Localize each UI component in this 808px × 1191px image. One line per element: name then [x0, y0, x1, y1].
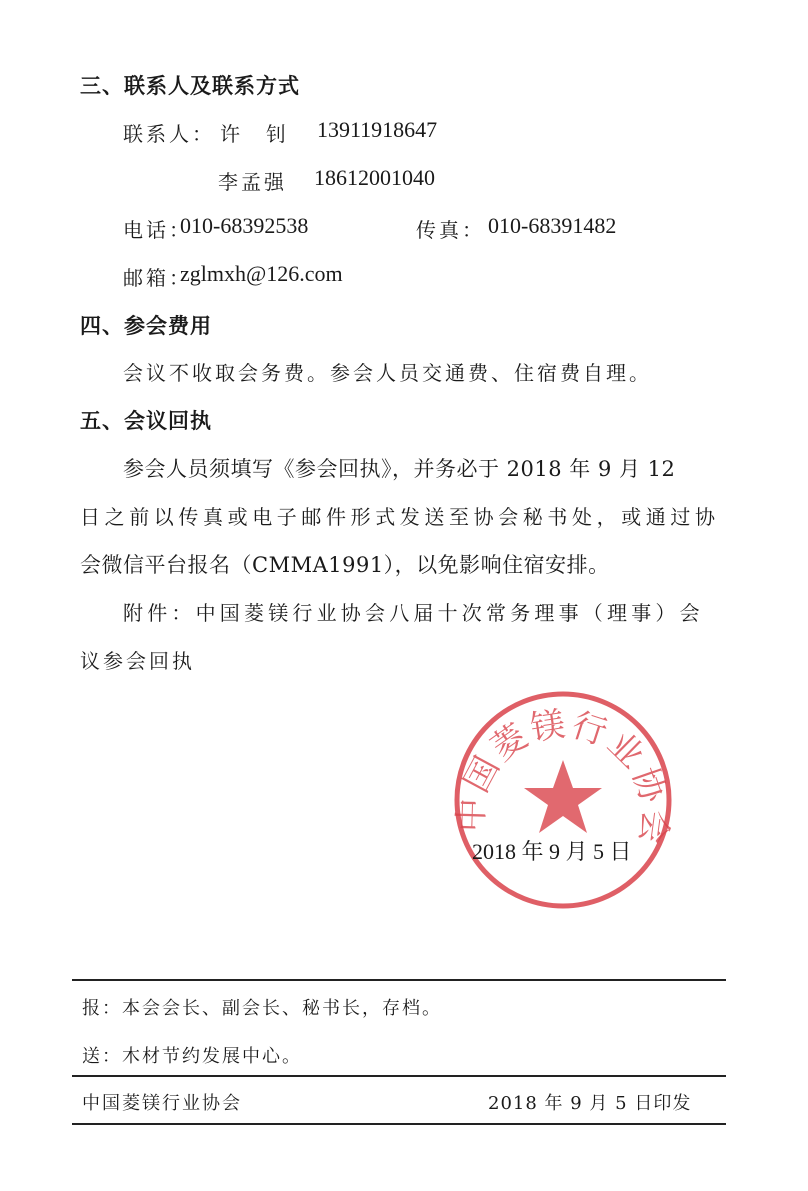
send-to: 送：木材节约发展中心。: [82, 1042, 302, 1068]
receipt-paragraph-line-2: 日之前以传真或电子邮件形式发送至协会秘书处，或通过协: [80, 501, 720, 530]
attachment-line-2: 议参会回执: [80, 645, 195, 674]
fees-text: 会议不收取会务费。参会人员交通费、住宿费自理。: [123, 357, 652, 386]
section-heading-fees: 四、参会费用: [80, 310, 212, 340]
report-to: 报：本会会长、副会长、秘书长，存档。: [82, 994, 442, 1020]
official-seal-icon: 中国菱镁行业协会: [448, 688, 678, 913]
receipt-paragraph-line-3: 会微信平台报名（CMMA1991），以免影响住宿安排。: [80, 549, 610, 579]
section-heading-receipt: 五、会议回执: [80, 405, 212, 435]
signature-date: 2018 年 9 月 5 日: [472, 835, 632, 866]
receipt-paragraph-line-1: 参会人员须填写《参会回执》，并务必于 2018 年 9 月 12: [123, 453, 675, 483]
fax-value: 010-68391482: [488, 213, 616, 239]
contact-name-1: 许 钊: [220, 118, 289, 147]
issue-date: 2018 年 9 月 5 日印发: [488, 1089, 691, 1115]
tel-value: 010-68392538: [180, 213, 308, 239]
section-heading-contacts: 三、联系人及联系方式: [80, 70, 300, 100]
fax-label: 传真：: [416, 214, 485, 243]
issuer: 中国菱镁行业协会: [82, 1089, 242, 1115]
footer-divider-top: [72, 979, 726, 981]
email-value: zglmxh@126.com: [180, 261, 343, 287]
contact-name-2: 李孟强: [218, 166, 287, 195]
footer-divider-bottom: [72, 1123, 726, 1125]
contact-label: 联系人：: [123, 118, 215, 147]
attachment-line-1: 附件：中国菱镁行业协会八届十次常务理事（理事）会: [123, 597, 704, 626]
contact-phone-2: 18612001040: [314, 165, 435, 191]
contact-phone-1: 13911918647: [317, 117, 437, 143]
footer-divider-middle: [72, 1075, 726, 1077]
